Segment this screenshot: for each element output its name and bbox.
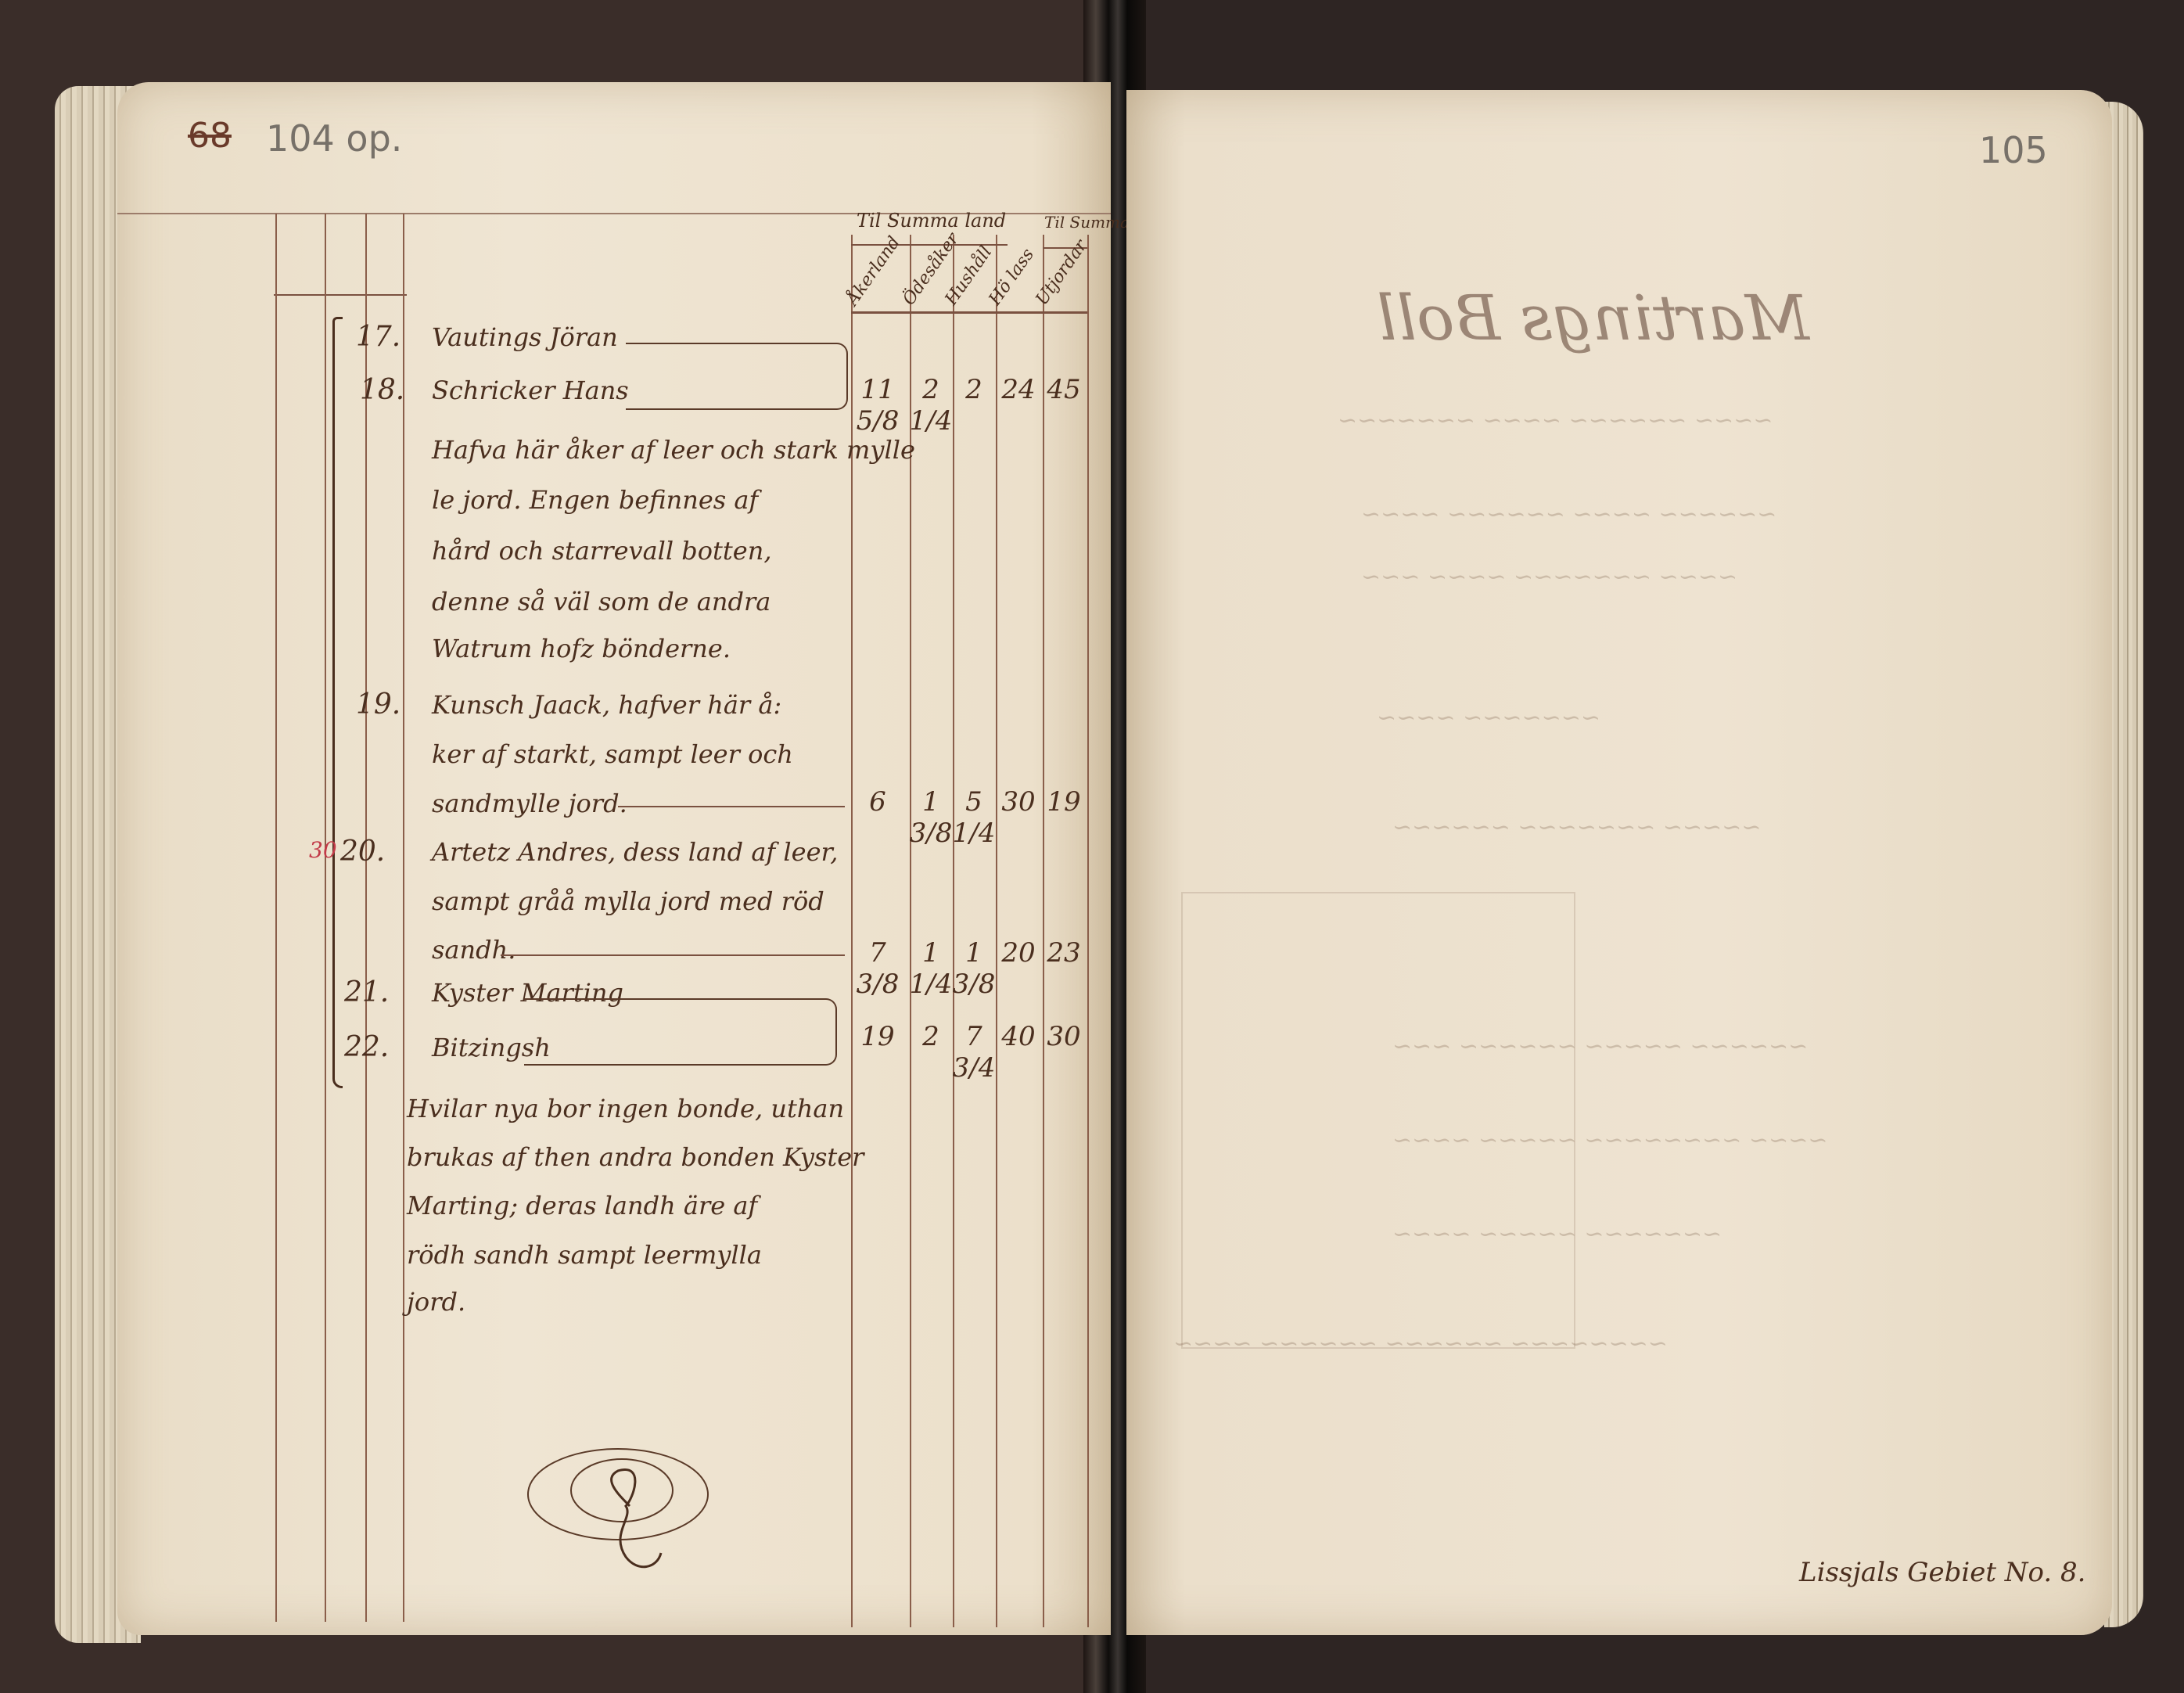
figure-cell: 2 <box>950 374 997 405</box>
figure-cell: 23 <box>1040 937 1087 969</box>
entry-text-line: rödh sandh sampt leermylla <box>407 1240 762 1270</box>
figure-cell: 24 <box>995 374 1042 405</box>
figure-cell: 7 3/4 <box>950 1021 997 1084</box>
entry-text-line: ker af starkt, sampt leer och <box>432 739 793 769</box>
entry-number: 17. <box>356 321 401 353</box>
closing-flourish-icon <box>516 1447 720 1588</box>
figure-cell: 2 <box>907 1021 954 1052</box>
row-20-rule <box>501 954 845 956</box>
header-group-1: Til Summa land <box>857 210 1006 232</box>
figure-cell: 6 <box>854 786 901 818</box>
margin-rule-3 <box>365 214 367 1622</box>
entry-number: 18. <box>360 374 404 406</box>
header-group-2: Til Summa <box>1044 213 1130 232</box>
figure-cell: 30 <box>995 786 1042 818</box>
entry-number: 21. <box>344 976 389 1008</box>
margin-note-red: 30 <box>309 837 337 863</box>
figure-cell: 7 3/8 <box>854 937 901 1000</box>
brace-rows-21-22 <box>524 998 837 1066</box>
left-header-rule <box>274 294 407 296</box>
margin-rule-2 <box>325 214 326 1622</box>
figure-cell: 11 5/8 <box>854 374 901 437</box>
figure-cell: 40 <box>995 1021 1042 1052</box>
entry-text-line: sampt gråå mylla jord med röd <box>432 886 824 916</box>
bleed-through-box <box>1181 892 1575 1349</box>
header-bottom-rule <box>851 311 1087 314</box>
figure-cell: 19 <box>1040 786 1087 818</box>
row-19-rule <box>618 806 845 807</box>
margin-rule-1 <box>275 214 277 1622</box>
entry-number: 22. <box>344 1031 389 1063</box>
entry-text-line: Hafva här åker af leer och stark mylle <box>432 435 915 465</box>
entry-text-line: brukas af then andra bonden Kyster <box>407 1142 864 1172</box>
entry-text-line: Hvilar nya bor ingen bonde, uthan <box>407 1094 844 1123</box>
column-rule-3 <box>953 235 954 1627</box>
column-rule-5 <box>1043 235 1044 1627</box>
bleed-through-line: ~~~~~~ ~~~~ ~~~~~~ ~~~~ <box>1361 501 1776 528</box>
figure-cell: 1 3/8 <box>907 786 954 849</box>
figure-cell: 1 1/4 <box>907 937 954 1000</box>
column-rule-4 <box>996 235 997 1627</box>
entry-text-line: jord. <box>407 1287 465 1317</box>
brace-rows-17-18 <box>626 343 848 410</box>
bleed-through-line: ~~~~~~~ ~~~~ <box>1377 704 1600 731</box>
figure-cell: 19 <box>854 1021 901 1052</box>
entry-name: Kunsch Jaack, hafver här å: <box>432 690 781 720</box>
figure-cell: 5 1/4 <box>950 786 997 849</box>
bleed-through-line: ~~~~~ ~~~~~~~ ~~~~~~ <box>1392 814 1762 841</box>
figure-cell: 2 1/4 <box>907 374 954 437</box>
entry-text-line: hård och starrevall botten, <box>432 536 771 566</box>
figure-cell: 30 <box>1040 1021 1087 1052</box>
entry-group-bracket <box>332 317 343 1088</box>
figure-cell: 45 <box>1040 374 1087 405</box>
entry-text-line: sandh. <box>432 935 515 965</box>
entry-text-line: Watrum hofz bönderne. <box>432 634 731 663</box>
entry-name: Vautings Jöran <box>432 322 618 352</box>
entry-name: Schricker Hans <box>432 376 629 405</box>
bleed-through-heading: Martings Boll <box>1377 282 1809 354</box>
figure-cell: 1 3/8 <box>950 937 997 1000</box>
left-page-number-struck: 68 <box>188 116 232 156</box>
entry-name: Artetz Andres, dess land af leer, <box>432 837 838 867</box>
column-rule-6 <box>1087 235 1089 1627</box>
bleed-through-line: ​~~~~ ~~~~~~ ~~~~ ~~~~~~~ <box>1338 407 1773 434</box>
bleed-through-line: ~~~~ ~~~~~~~ ~~~~ ~~~ <box>1361 563 1737 591</box>
entry-number: 19. <box>356 688 401 721</box>
entry-number: 20. <box>340 836 385 868</box>
figure-cell: 20 <box>995 937 1042 969</box>
entry-text-line: sandmylle jord. <box>432 789 627 818</box>
entry-text-line: Marting; deras landh äre af <box>407 1191 757 1220</box>
entry-text-line: le jord. Engen befinnes af <box>432 485 758 515</box>
entry-text-line: denne så väl som de andra <box>432 587 771 616</box>
left-page-number-pencil: 104 op. <box>266 117 402 160</box>
right-page-number: 105 <box>1979 129 2048 171</box>
right-page-footer: Lissjals Gebiet No. 8. <box>1799 1557 2085 1588</box>
margin-rule-4 <box>403 214 404 1622</box>
